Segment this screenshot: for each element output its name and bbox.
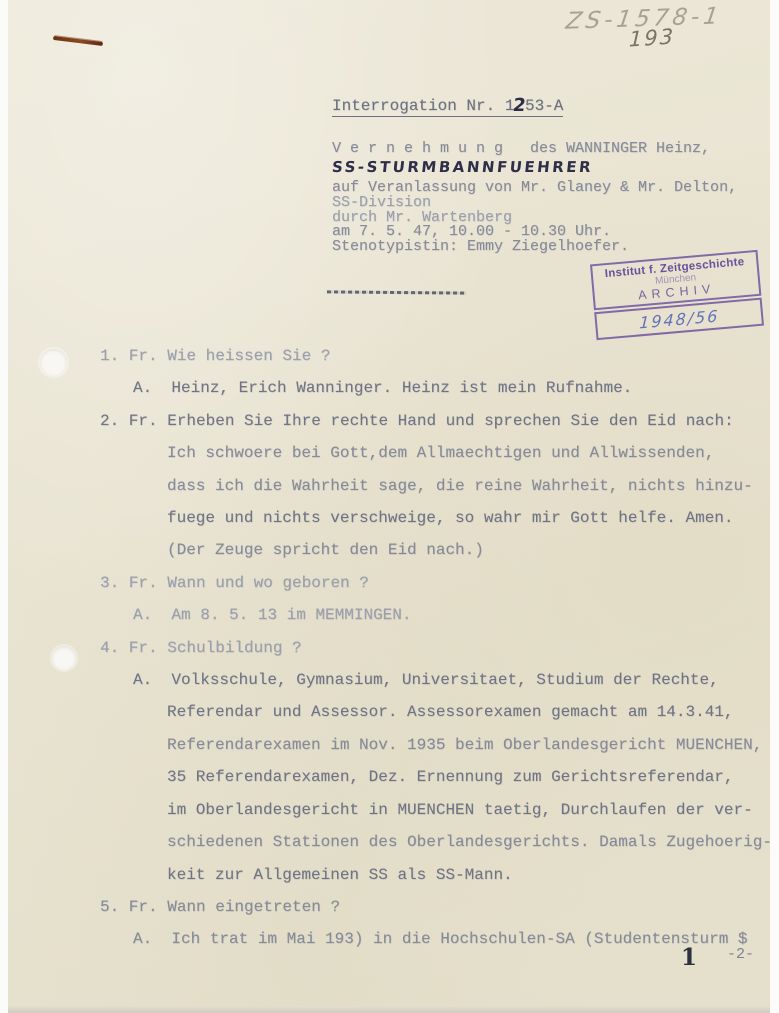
header-line-stenographer: Stenotypistin: Emmy Ziegelhoefer. xyxy=(332,240,737,255)
page-number-typed: -2- xyxy=(727,946,754,963)
title-typed-suffix: 53-A xyxy=(525,97,563,115)
answer-5: A. Ich trat im Mai 193) in die Hochschul… xyxy=(100,923,773,955)
oath-line-1: Ich schwoere bei Gott,dem Allmaechtigen … xyxy=(100,437,773,469)
oath-line-2: dass ich die Wahrheit sage, die reine Wa… xyxy=(100,470,773,502)
question-4: 4. Fr. Schulbildung ? xyxy=(100,632,773,664)
archive-stamp: Institut f. Zeitgeschichte München ARCHI… xyxy=(590,250,764,340)
answer-4-line-7: keit zur Allgemeinen SS als SS-Mann. xyxy=(100,859,773,891)
handwritten-rank: SS-STURMBANNFUEHRER xyxy=(331,158,594,176)
stamp-accession-number: 1948/56 xyxy=(639,306,720,332)
scan-edge-right xyxy=(770,0,779,1013)
answer-4-line-1: A. Volksschule, Gymnasium, Universitaet,… xyxy=(100,664,773,696)
punch-hole-top xyxy=(40,349,67,376)
question-2: 2. Fr. Erheben Sie Ihre rechte Hand und … xyxy=(100,405,773,437)
pencil-page-number: 193 xyxy=(629,24,676,51)
punch-hole-bottom xyxy=(52,646,76,670)
page-number-stamp: 1 xyxy=(681,944,697,971)
rust-pen-mark xyxy=(53,36,103,46)
question-1: 1. Fr. Wie heissen Sie ? xyxy=(100,340,773,372)
answer-4-line-6: schiedenen Stationen des Oberlandesgeric… xyxy=(100,826,773,858)
answer-1: A. Heinz, Erich Wanninger. Heinz ist mei… xyxy=(100,372,773,404)
answer-4-line-3: Referendarexamen im Nov. 1935 beim Oberl… xyxy=(100,729,773,761)
oath-note: (Der Zeuge spricht den Eid nach.) xyxy=(100,534,773,566)
document-title: Interrogation Nr. 1253-A xyxy=(332,94,737,117)
oath-line-3: fuege und nichts verschweige, so wahr mi… xyxy=(100,502,773,534)
question-3: 3. Fr. Wann und wo geboren ? xyxy=(100,567,773,599)
answer-4-line-2: Referendar und Assessor. Assessorexamen … xyxy=(100,696,773,728)
question-5: 5. Fr. Wann eingetreten ? xyxy=(100,891,773,923)
scan-edge-bottom xyxy=(8,1006,770,1013)
answer-3: A. Am 8. 5. 13 im MEMMINGEN. xyxy=(100,599,773,631)
title-typed-prefix: Interrogation Nr. 1 xyxy=(332,97,514,115)
scan-edge-left xyxy=(0,0,8,1013)
subject-line: V e r n e h m u n g des WANNINGER Heinz, xyxy=(332,140,737,157)
typed-divider-line xyxy=(326,290,466,294)
document-page: ZS-1578-1 193 Interrogation Nr. 1253-A V… xyxy=(0,0,779,1013)
interrogation-body: 1. Fr. Wie heissen Sie ? A. Heinz, Erich… xyxy=(100,340,773,956)
document-header: Interrogation Nr. 1253-A V e r n e h m u… xyxy=(332,94,737,255)
answer-4-line-5: im Oberlandesgericht in MUENCHEN taetig,… xyxy=(100,794,773,826)
answer-4-line-4: 35 Referendarexamen, Dez. Ernennung zum … xyxy=(100,761,773,793)
